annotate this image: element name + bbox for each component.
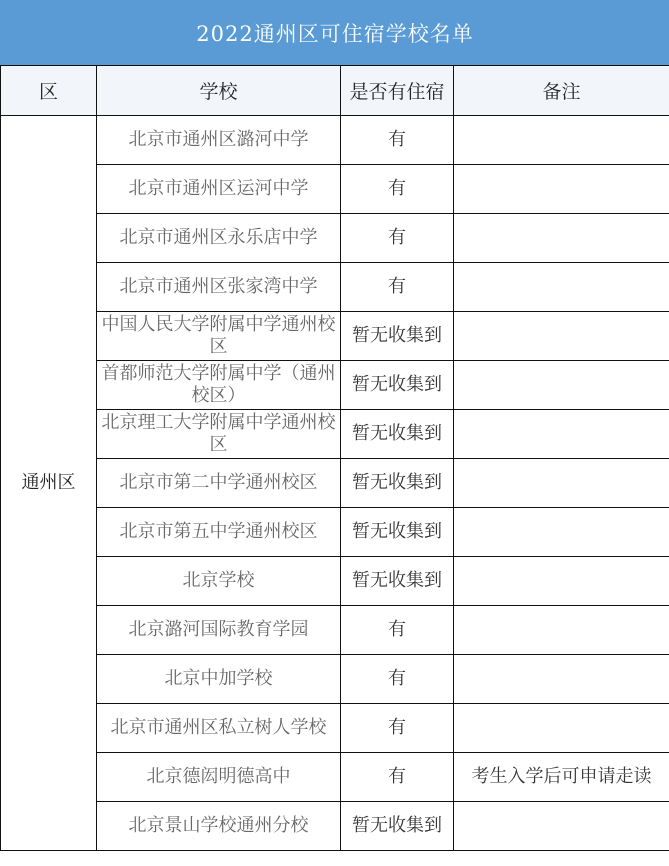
- header-school: 学校: [97, 66, 341, 116]
- table-row: 通州区北京市通州区潞河中学有: [1, 116, 669, 165]
- school-name: 北京中加学校: [97, 655, 341, 704]
- school-name: 北京理工大学附属中学通州校区: [97, 410, 341, 459]
- school-name: 北京德闳明德高中: [97, 753, 341, 802]
- school-name: 北京学校: [97, 557, 341, 606]
- school-name: 北京市通州区潞河中学: [97, 116, 341, 165]
- dorm-status: 暂无收集到: [341, 508, 454, 557]
- table-row: 北京市通州区张家湾中学有: [1, 263, 669, 312]
- table-row: 首都师范大学附属中学（通州校区）暂无收集到: [1, 361, 669, 410]
- note-cell: 考生入学后可申请走读: [454, 753, 669, 802]
- district-cell: 通州区: [1, 116, 97, 851]
- school-name: 北京市第二中学通州校区: [97, 459, 341, 508]
- school-name: 北京景山学校通州分校: [97, 802, 341, 851]
- table-row: 北京学校暂无收集到: [1, 557, 669, 606]
- school-name: 北京市第五中学通州校区: [97, 508, 341, 557]
- header-note: 备注: [454, 66, 669, 116]
- table-title: 2022通州区可住宿学校名单: [1, 1, 669, 66]
- dorm-status: 暂无收集到: [341, 557, 454, 606]
- table-row: 北京德闳明德高中有考生入学后可申请走读: [1, 753, 669, 802]
- dorm-status: 有: [341, 606, 454, 655]
- dorm-status: 有: [341, 263, 454, 312]
- school-name: 北京市通州区运河中学: [97, 165, 341, 214]
- note-cell: [454, 606, 669, 655]
- school-name: 中国人民大学附属中学通州校区: [97, 312, 341, 361]
- table-row: 北京市通州区私立树人学校有: [1, 704, 669, 753]
- dorm-status: 有: [341, 753, 454, 802]
- dorm-status: 暂无收集到: [341, 802, 454, 851]
- note-cell: [454, 802, 669, 851]
- note-cell: [454, 704, 669, 753]
- note-cell: [454, 459, 669, 508]
- header-district: 区: [1, 66, 97, 116]
- dorm-status: 有: [341, 165, 454, 214]
- dorm-status: 有: [341, 214, 454, 263]
- table-row: 北京市通州区运河中学有: [1, 165, 669, 214]
- table-row: 北京潞河国际教育学园有: [1, 606, 669, 655]
- table-row: 北京景山学校通州分校暂无收集到: [1, 802, 669, 851]
- school-name: 首都师范大学附属中学（通州校区）: [97, 361, 341, 410]
- school-name: 北京市通州区永乐店中学: [97, 214, 341, 263]
- note-cell: [454, 508, 669, 557]
- dorm-status: 暂无收集到: [341, 312, 454, 361]
- header-dorm: 是否有住宿: [341, 66, 454, 116]
- table-row: 北京市通州区永乐店中学有: [1, 214, 669, 263]
- note-cell: [454, 312, 669, 361]
- table-row: 北京市第五中学通州校区暂无收集到: [1, 508, 669, 557]
- school-name: 北京市通州区私立树人学校: [97, 704, 341, 753]
- table-row: 中国人民大学附属中学通州校区暂无收集到: [1, 312, 669, 361]
- school-name: 北京市通州区张家湾中学: [97, 263, 341, 312]
- note-cell: [454, 165, 669, 214]
- note-cell: [454, 214, 669, 263]
- note-cell: [454, 655, 669, 704]
- dorm-status: 暂无收集到: [341, 459, 454, 508]
- dorm-status: 有: [341, 655, 454, 704]
- dorm-status: 暂无收集到: [341, 361, 454, 410]
- school-list-table: 2022通州区可住宿学校名单 区 学校 是否有住宿 备注 通州区北京市通州区潞河…: [0, 0, 669, 851]
- table-row: 北京理工大学附属中学通州校区暂无收集到: [1, 410, 669, 459]
- school-name: 北京潞河国际教育学园: [97, 606, 341, 655]
- table-row: 北京市第二中学通州校区暂无收集到: [1, 459, 669, 508]
- note-cell: [454, 116, 669, 165]
- dorm-status: 暂无收集到: [341, 410, 454, 459]
- note-cell: [454, 263, 669, 312]
- table-row: 北京中加学校有: [1, 655, 669, 704]
- dorm-status: 有: [341, 116, 454, 165]
- table-body: 通州区北京市通州区潞河中学有北京市通州区运河中学有北京市通州区永乐店中学有北京市…: [1, 116, 669, 851]
- note-cell: [454, 361, 669, 410]
- note-cell: [454, 557, 669, 606]
- dorm-status: 有: [341, 704, 454, 753]
- note-cell: [454, 410, 669, 459]
